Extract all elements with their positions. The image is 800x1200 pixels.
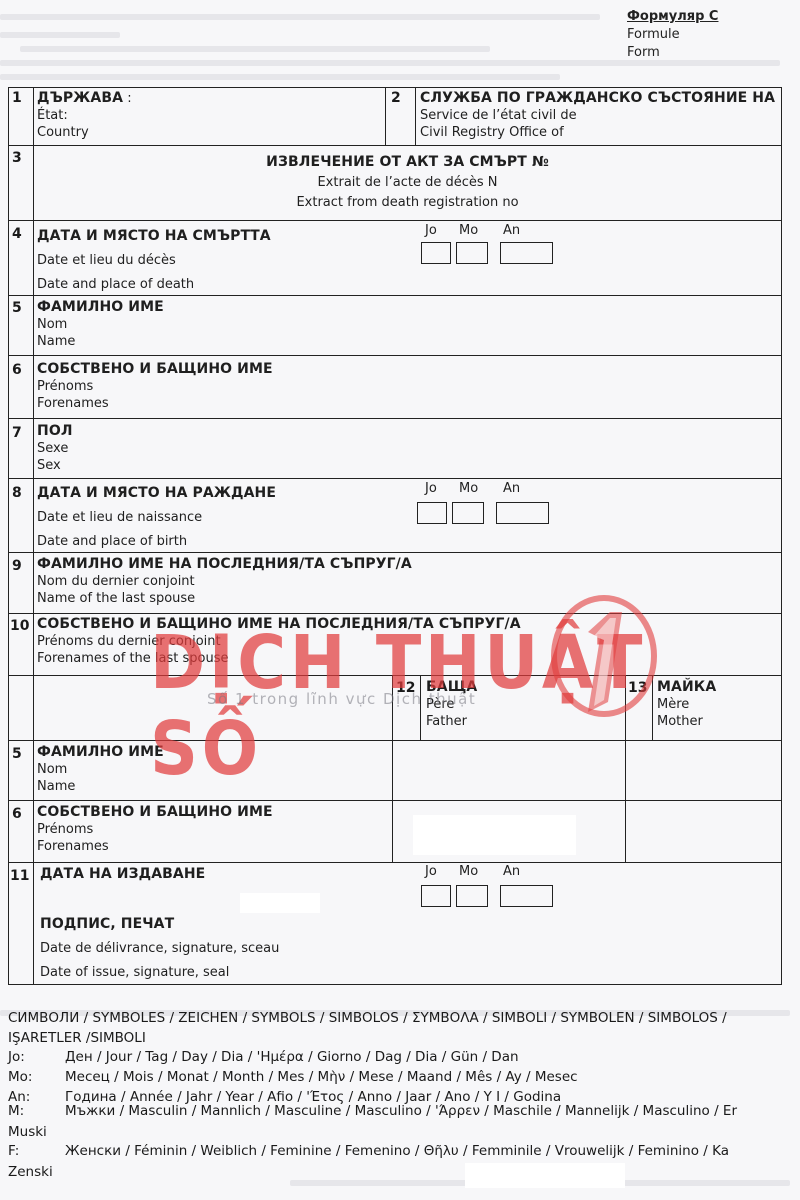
symbol-item-day: Jo:Ден / Jour / Tag / Day / Dia / 'Ημέρα…: [8, 1047, 519, 1067]
label-bg: СОБСТВЕНО И БАЩИНО ИМЕ: [37, 361, 273, 377]
label-bg: СЛУЖБА ПО ГРАЖДАНСКО СЪСТОЯНИЕ НА: [420, 90, 775, 106]
redaction-box: [465, 1163, 625, 1188]
issue-day-box[interactable]: [421, 885, 451, 907]
symbol-value: Месец / Mois / Monat / Month / Mes / Μὴν…: [65, 1069, 578, 1085]
birth-day-box[interactable]: [417, 502, 447, 524]
label-en: Name: [37, 779, 75, 794]
label-en: Name: [37, 334, 75, 349]
label-bg2: ПОДПИС, ПЕЧАТ: [40, 916, 174, 932]
field-parent-surname-label: ФАМИЛНО ИМЕ Nom Name: [37, 744, 164, 795]
field-civil-registry-office-label: СЛУЖБА ПО ГРАЖДАНСКО СЪСТОЯНИЕ НА Servic…: [420, 90, 775, 141]
field-number: 6: [12, 362, 22, 378]
label-en: Civil Registry Office of: [420, 125, 564, 140]
row-divider: [8, 478, 782, 479]
symbol-key: M:: [8, 1101, 65, 1121]
label-en: Date and place of death: [37, 277, 194, 292]
label-fr: Date et lieu du décès: [37, 253, 176, 268]
label-bg: ФАМИЛНО ИМЕ: [37, 299, 164, 315]
label-bg: ДАТА И МЯСТО НА РАЖДАНЕ: [37, 485, 276, 501]
death-day-box[interactable]: [421, 242, 451, 264]
row-divider: [8, 418, 782, 419]
label-en: Date of issue, signature, seal: [40, 965, 229, 980]
year-label: An: [503, 864, 520, 879]
death-year-box[interactable]: [500, 242, 553, 264]
column-divider: [415, 87, 416, 145]
field-birth-date-place-label: ДАТА И МЯСТО НА РАЖДАНЕ Date et lieu de …: [37, 481, 276, 554]
field-number: 9: [12, 558, 22, 574]
field-number: 4: [12, 226, 22, 242]
label-bg: ФАМИЛНО ИМЕ: [37, 744, 164, 760]
day-label: Jo: [425, 223, 437, 238]
year-label: An: [503, 223, 520, 238]
field-number: 5: [12, 300, 22, 316]
label-fr: Date de délivrance, signature, sceau: [40, 941, 279, 956]
watermark-subtitle: Số 1 trong lĩnh vực Dịch thuật: [207, 690, 476, 708]
symbols-heading-line2: IŞARETLER /SIMBOLI: [8, 1028, 727, 1048]
symbol-value: Ден / Jour / Tag / Day / Dia / 'Ημέρα / …: [65, 1049, 519, 1065]
row-divider: [8, 220, 782, 221]
symbol-wrap-male: Muski: [8, 1122, 47, 1142]
symbol-key: F:: [8, 1141, 65, 1161]
number-column-divider: [33, 87, 34, 985]
month-label: Mo: [459, 481, 478, 496]
symbol-value: Женски / Féminin / Weiblich / Feminine /…: [65, 1143, 729, 1159]
label-bg: СОБСТВЕНО И БАЩИНО ИМЕ: [37, 804, 273, 820]
field-number: 6: [12, 806, 22, 822]
form-code-fr: Formule: [627, 26, 718, 44]
day-label: Jo: [425, 481, 437, 496]
year-label: An: [503, 481, 520, 496]
field-number: 5: [12, 746, 22, 762]
row-divider: [8, 145, 782, 146]
field-number: 1: [12, 90, 22, 106]
field-death-date-place-label: ДАТА И МЯСТО НА СМЪРТТА Date et lieu du …: [37, 224, 271, 297]
symbol-key: Jo:: [8, 1047, 65, 1067]
label-bg: ПОЛ: [37, 423, 73, 439]
label-en: Date and place of birth: [37, 534, 187, 549]
redaction-box: [240, 893, 320, 913]
label-fr: Nom: [37, 762, 67, 777]
symbol-wrap-female: Zenski: [8, 1162, 53, 1182]
field-surname-label: ФАМИЛНО ИМЕ Nom Name: [37, 299, 164, 350]
field-sex-label: ПОЛ Sexe Sex: [37, 423, 73, 474]
label-en: Name of the last spouse: [37, 591, 195, 606]
month-label: Mo: [459, 223, 478, 238]
form-code-en: Form: [627, 44, 718, 62]
field-signature-seal-label: ПОДПИС, ПЕЧАТ Date de délivrance, signat…: [40, 912, 279, 985]
symbol-value: Мъжки / Masculin / Mannlich / Masculine …: [65, 1103, 737, 1119]
number-one-circle-logo-icon: [548, 592, 660, 720]
birth-year-box[interactable]: [496, 502, 549, 524]
label-en: Forenames: [37, 396, 109, 411]
row-divider: [8, 862, 782, 863]
label-en: Extract from death registration no: [296, 195, 518, 210]
symbol-key: Mo:: [8, 1067, 65, 1087]
death-month-box[interactable]: [456, 242, 488, 264]
label-bg: ДАТА НА ИЗДАВАНЕ: [40, 866, 205, 882]
field-number: 8: [12, 485, 22, 501]
field-issue-date-label: ДАТА НА ИЗДАВАНЕ: [40, 866, 205, 883]
label-fr: Date et lieu de naissance: [37, 510, 202, 525]
row-divider: [8, 355, 782, 356]
label-en: Sex: [37, 458, 61, 473]
issue-month-box[interactable]: [456, 885, 488, 907]
issue-year-box[interactable]: [500, 885, 553, 907]
month-label: Mo: [459, 864, 478, 879]
form-code-bg: Формуляр С: [627, 8, 718, 26]
field-forenames-label: СОБСТВЕНО И БАЩИНО ИМЕ Prénoms Forenames: [37, 361, 273, 412]
row-divider: [8, 613, 782, 614]
symbol-item-month: Mo:Месец / Mois / Monat / Month / Mes / …: [8, 1067, 578, 1087]
column-divider: [385, 87, 386, 145]
birth-month-box[interactable]: [452, 502, 484, 524]
field-parent-forenames-label: СОБСТВЕНО И БАЩИНО ИМЕ Prénoms Forenames: [37, 804, 273, 855]
label-bg: ДАТА И МЯСТО НА СМЪРТТА: [37, 228, 271, 244]
label-fr: Service de l’état civil de: [420, 108, 577, 123]
label-fr: Prénoms: [37, 822, 93, 837]
day-label: Jo: [425, 864, 437, 879]
field-registration-number-label: ИЗВЛЕЧЕНИЕ ОТ АКТ ЗА СМЪРТ № Extrait de …: [33, 152, 782, 213]
field-number: 7: [12, 425, 22, 441]
label-fr: Sexe: [37, 441, 68, 456]
form-code: Формуляр С Formule Form: [627, 8, 718, 62]
symbols-heading: СИМВОЛИ / SYMBOLES / ZEICHEN / SYMBOLS /…: [8, 1008, 727, 1048]
field-number: 11: [10, 868, 29, 884]
symbol-item-female: F:Женски / Féminin / Weiblich / Feminine…: [8, 1141, 729, 1161]
redaction-box: [413, 815, 576, 855]
label-fr: Prénoms: [37, 379, 93, 394]
label-fr: Nom: [37, 317, 67, 332]
label-fr: Extrait de l’acte de décès N: [317, 175, 497, 190]
label-fr: Nom du dernier conjoint: [37, 574, 195, 589]
field-number: 3: [12, 150, 22, 166]
label-bg: ФАМИЛНО ИМЕ НА ПОСЛЕДНИЯ/ТА СЪПРУГ/А: [37, 556, 412, 572]
field-country-input[interactable]: [40, 90, 380, 142]
symbols-heading-line1: СИМВОЛИ / SYMBOLES / ZEICHEN / SYMBOLS /…: [8, 1008, 727, 1028]
field-number: 2: [391, 90, 401, 106]
symbol-item-male: M:Мъжки / Masculin / Mannlich / Masculin…: [8, 1101, 737, 1121]
row-divider: [8, 800, 782, 801]
label-en: Forenames: [37, 839, 109, 854]
field-spouse-surname-label: ФАМИЛНО ИМЕ НА ПОСЛЕДНИЯ/ТА СЪПРУГ/А Nom…: [37, 556, 412, 607]
field-number: 10: [10, 618, 29, 634]
label-bg: ИЗВЛЕЧЕНИЕ ОТ АКТ ЗА СМЪРТ №: [266, 154, 549, 170]
